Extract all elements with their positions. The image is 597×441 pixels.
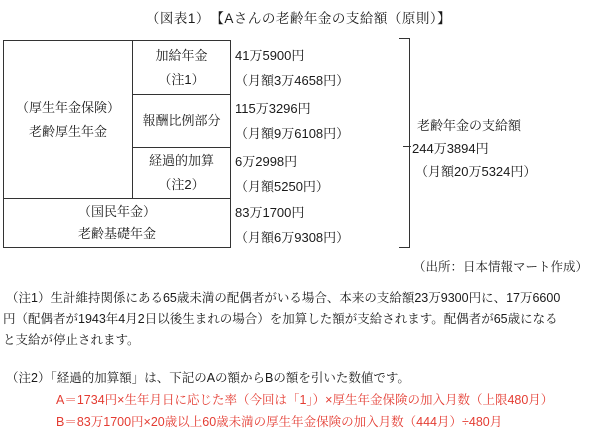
note1-line3: と支給が停止されます。 xyxy=(3,330,140,348)
amount-kakyu: 41万5900円 （月額3万4658円） xyxy=(235,43,349,93)
amount-kokumin: 83万1700円 （月額6万9308円） xyxy=(235,200,349,250)
bracket-bottom-tick xyxy=(399,247,410,248)
bracket-top-tick xyxy=(399,38,410,39)
bracket-vertical-line xyxy=(409,38,410,248)
amount-keikateki-month: （月額5250円） xyxy=(235,174,329,199)
formula-a: A＝1734円×生年月日に応じた率（今回は「1」）×厚生年金保険の加入月数（上限… xyxy=(56,390,553,408)
total-label: 老齢年金の支給額 xyxy=(417,115,521,134)
amount-kakyu-year: 41万5900円 xyxy=(235,43,349,68)
cell-keikateki-line1: 経過的加算 xyxy=(149,149,214,173)
amount-kakyu-month: （月額3万4658円） xyxy=(235,68,349,93)
cell-kosei-nenkin: （厚生年金保険） 老齢厚生年金 xyxy=(3,40,133,199)
cell-kokumin-line2: 老齢基礎年金 xyxy=(78,223,156,245)
amount-hoshu-month: （月額9万6108円） xyxy=(235,121,349,146)
cell-kosei-line2: 老齢厚生年金 xyxy=(29,120,107,144)
formula-b: B＝83万1700円×20歳以上60歳未満の厚生年金保険の加入月数（444月）÷… xyxy=(56,412,502,430)
cell-keikateki-kasan: 経過的加算 （注2） xyxy=(132,147,231,199)
cell-hoshu-line1: 報酬比例部分 xyxy=(142,109,220,133)
figure-page: （図表1） 【Aさんの老齢年金の支給額（原則）】 （厚生年金保険） 老齢厚生年金… xyxy=(0,0,597,441)
amount-kokumin-year: 83万1700円 xyxy=(235,200,349,225)
total-amount: 244万3894円 xyxy=(412,138,489,157)
figure-title: （図表1） 【Aさんの老齢年金の支給額（原則）】 xyxy=(0,7,597,27)
cell-kokumin-nenkin: （国民年金） 老齢基礎年金 xyxy=(3,198,231,248)
amount-hoshu-year: 115万3296円 xyxy=(235,96,349,121)
amount-keikateki-year: 6万2998円 xyxy=(235,149,329,174)
amount-keikateki: 6万2998円 （月額5250円） xyxy=(235,149,329,199)
bracket-middle-tick xyxy=(403,146,411,147)
amount-kokumin-month: （月額6万9308円） xyxy=(235,225,349,250)
cell-kosei-line1: （厚生年金保険） xyxy=(16,96,120,120)
source-credit: （出所：日本情報マート作成） xyxy=(413,257,588,275)
cell-kokumin-line1: （国民年金） xyxy=(78,201,156,223)
cell-kakyu-nenkin: 加給年金 （注1） xyxy=(132,40,231,95)
amount-hoshu: 115万3296円 （月額9万6108円） xyxy=(235,96,349,146)
cell-keikateki-line2: （注2） xyxy=(158,173,204,197)
total-monthly: （月額20万5324円） xyxy=(415,161,536,180)
note2-text: （注2）「経過的加算額」は、下記のAの額からBの額を引いた数値です。 xyxy=(6,368,410,386)
note1-line2: 円（配偶者が1943年4月2日以後生まれの場合）を加算した額が支給されます。配偶… xyxy=(3,309,558,327)
cell-hoshu-hirei: 報酬比例部分 xyxy=(132,94,231,148)
cell-kakyu-line1: 加給年金 xyxy=(155,44,207,68)
cell-kakyu-line2: （注1） xyxy=(158,68,204,92)
note1-line1: （注1）生計維持関係にある65歳未満の配偶者がいる場合、本来の支給額23万930… xyxy=(6,288,560,306)
